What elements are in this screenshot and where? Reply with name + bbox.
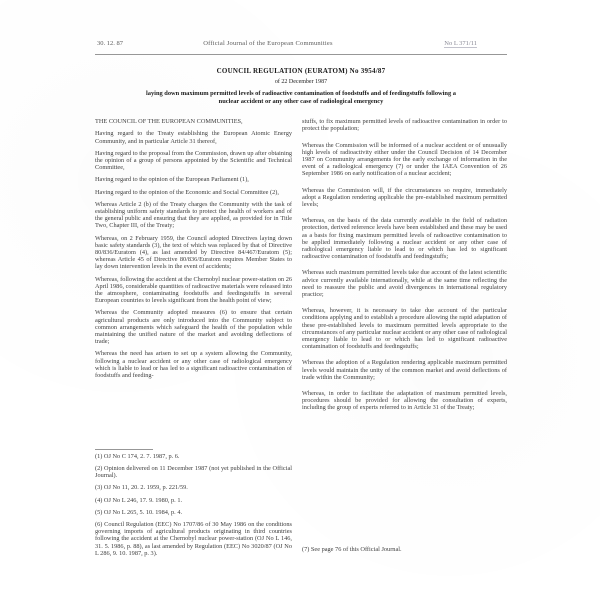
recital-paragraph: Whereas such maximum permitted levels ta… [302,269,507,298]
recital-paragraph: Whereas the Community adopted measures (… [95,309,292,345]
regulation-subject: laying down maximum permitted levels of … [135,90,467,105]
footnote: (1) OJ No C 174, 2. 7. 1987, p. 6. [95,453,292,460]
header-date: 30. 12. 87 [97,40,123,47]
left-column: THE COUNCIL OF THE EUROPEAN COMMUNITIES,… [95,118,292,562]
citation-paragraph: Having regard to the opinion of the Euro… [95,176,292,183]
recital-paragraph: Whereas the Commission will, if the circ… [302,187,507,209]
preamble-enacting-party: THE COUNCIL OF THE EUROPEAN COMMUNITIES, [95,118,292,125]
recital-paragraph: Whereas, on the basis of the data curren… [302,217,507,260]
recital-paragraph: Whereas the adoption of a Regulation ren… [302,359,507,381]
footnote-separator [95,449,153,450]
header-page-number: No L 371/11 [444,40,477,48]
footnote: (5) OJ No L 265, 5. 10. 1984, p. 4. [95,509,292,516]
recital-paragraph: Whereas the Commission will be informed … [302,142,507,178]
recital-paragraph: Whereas, however, it is necessary to tak… [302,307,507,350]
citation-paragraph: Having regard to the proposal from the C… [95,150,292,172]
recital-paragraph: Whereas, in order to facilitate the adap… [302,390,507,412]
citation-paragraph: Having regard to the Treaty establishing… [95,130,292,144]
footnote: (4) OJ No L 246, 17. 9. 1980, p. 1. [95,497,292,504]
citation-paragraph: Having regard to the opinion of the Econ… [95,189,292,196]
column-whitespace [95,384,292,448]
recital-paragraph: Whereas, on 2 February 1959, the Council… [95,235,292,271]
recital-paragraph: Whereas, following the accident at the C… [95,276,292,305]
scanned-page-background: 30. 12. 87 Official Journal of the Europ… [0,0,600,600]
document-page: 30. 12. 87 Official Journal of the Europ… [95,40,507,562]
recital-continuation: stuffs, to fix maximum permitted levels … [302,118,507,132]
header-journal-title: Official Journal of the European Communi… [203,40,332,47]
footnote: (3) OJ No 11, 20. 2. 1959, p. 221/59. [95,484,292,491]
regulation-date-line: of 22 December 1987 [95,79,507,85]
recital-paragraph: Whereas the need has arisen to set up a … [95,350,292,379]
body-columns: THE COUNCIL OF THE EUROPEAN COMMUNITIES,… [95,118,507,562]
journal-running-head: 30. 12. 87 Official Journal of the Europ… [95,40,507,50]
regulation-title: COUNCIL REGULATION (EURATOM) No 3954/87 [95,67,507,75]
footnote: (2) Opinion delivered on 11 December 198… [95,465,292,479]
footnote: (6) Council Regulation (EEC) No 1707/86 … [95,521,292,557]
right-column: stuffs, to fix maximum permitted levels … [302,118,507,562]
header-rule [95,54,507,55]
column-whitespace [302,421,507,546]
recital-paragraph: Whereas Article 2 (b) of the Treaty char… [95,201,292,230]
footnote-block: (1) OJ No C 174, 2. 7. 1987, p. 6. (2) O… [95,453,292,562]
footnote: (7) See page 76 of this Official Journal… [302,546,507,553]
title-block: COUNCIL REGULATION (EURATOM) No 3954/87 … [95,67,507,105]
